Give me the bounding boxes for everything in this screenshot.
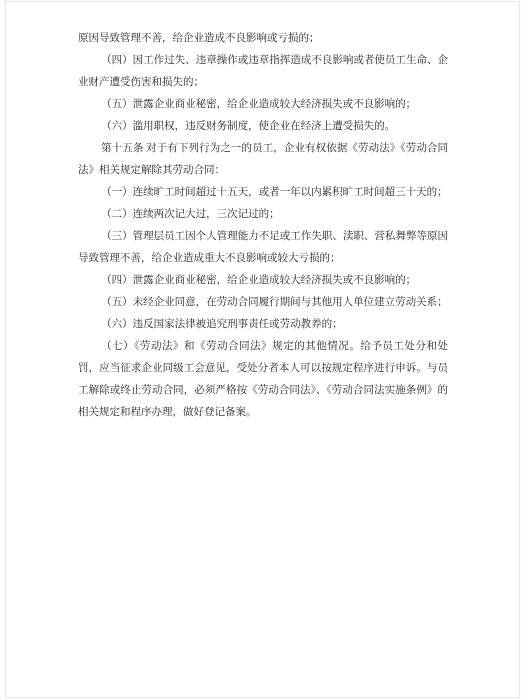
paragraph: 原因导致管理不善，给企业造成不良影响或亏损的； — [78, 28, 448, 50]
paragraph: （五）泄露企业商业秘密，给企业造成较大经济损失或不良影响的； — [78, 94, 448, 116]
paragraph: 第十五条 对于有下列行为之一的员工，企业有权依据《劳动法》《劳动合同法》相关规定… — [78, 138, 448, 182]
paragraph: （七）《劳动法》和《劳动合同法》规定的其他情况。给予员工处分和处罚，应当征求企业… — [78, 336, 448, 424]
document-page: 原因导致管理不善，给企业造成不良影响或亏损的；（四）因工作过失、违章操作或违章指… — [5, 1, 520, 698]
paragraph: （六）滥用职权，违反财务制度，使企业在经济上遭受损失的。 — [78, 116, 448, 138]
paragraph: （四）因工作过失、违章操作或违章指挥造成不良影响或者使员工生命、企业财产遭受伤害… — [78, 50, 448, 94]
paragraph: （四）泄露企业商业秘密，给企业造成较大经济损失或不良影响的； — [78, 270, 448, 292]
paragraph: （六）违反国家法律被追究刑事责任或劳动教养的； — [78, 314, 448, 336]
paragraph: （一）连续旷工时间超过十五天，或者一年以内累积旷工时间超三十天的； — [78, 182, 448, 204]
paragraph: （二）连续两次记大过，三次记过的； — [78, 204, 448, 226]
paragraph: （五）未经企业同意，在劳动合同履行期间与其他用人单位建立劳动关系； — [78, 292, 448, 314]
document-text: 原因导致管理不善，给企业造成不良影响或亏损的；（四）因工作过失、违章操作或违章指… — [78, 28, 448, 424]
paragraph: （三）管理层员工因个人管理能力不足或工作失职、渎职、营私舞弊等原因导致管理不善，… — [78, 226, 448, 270]
